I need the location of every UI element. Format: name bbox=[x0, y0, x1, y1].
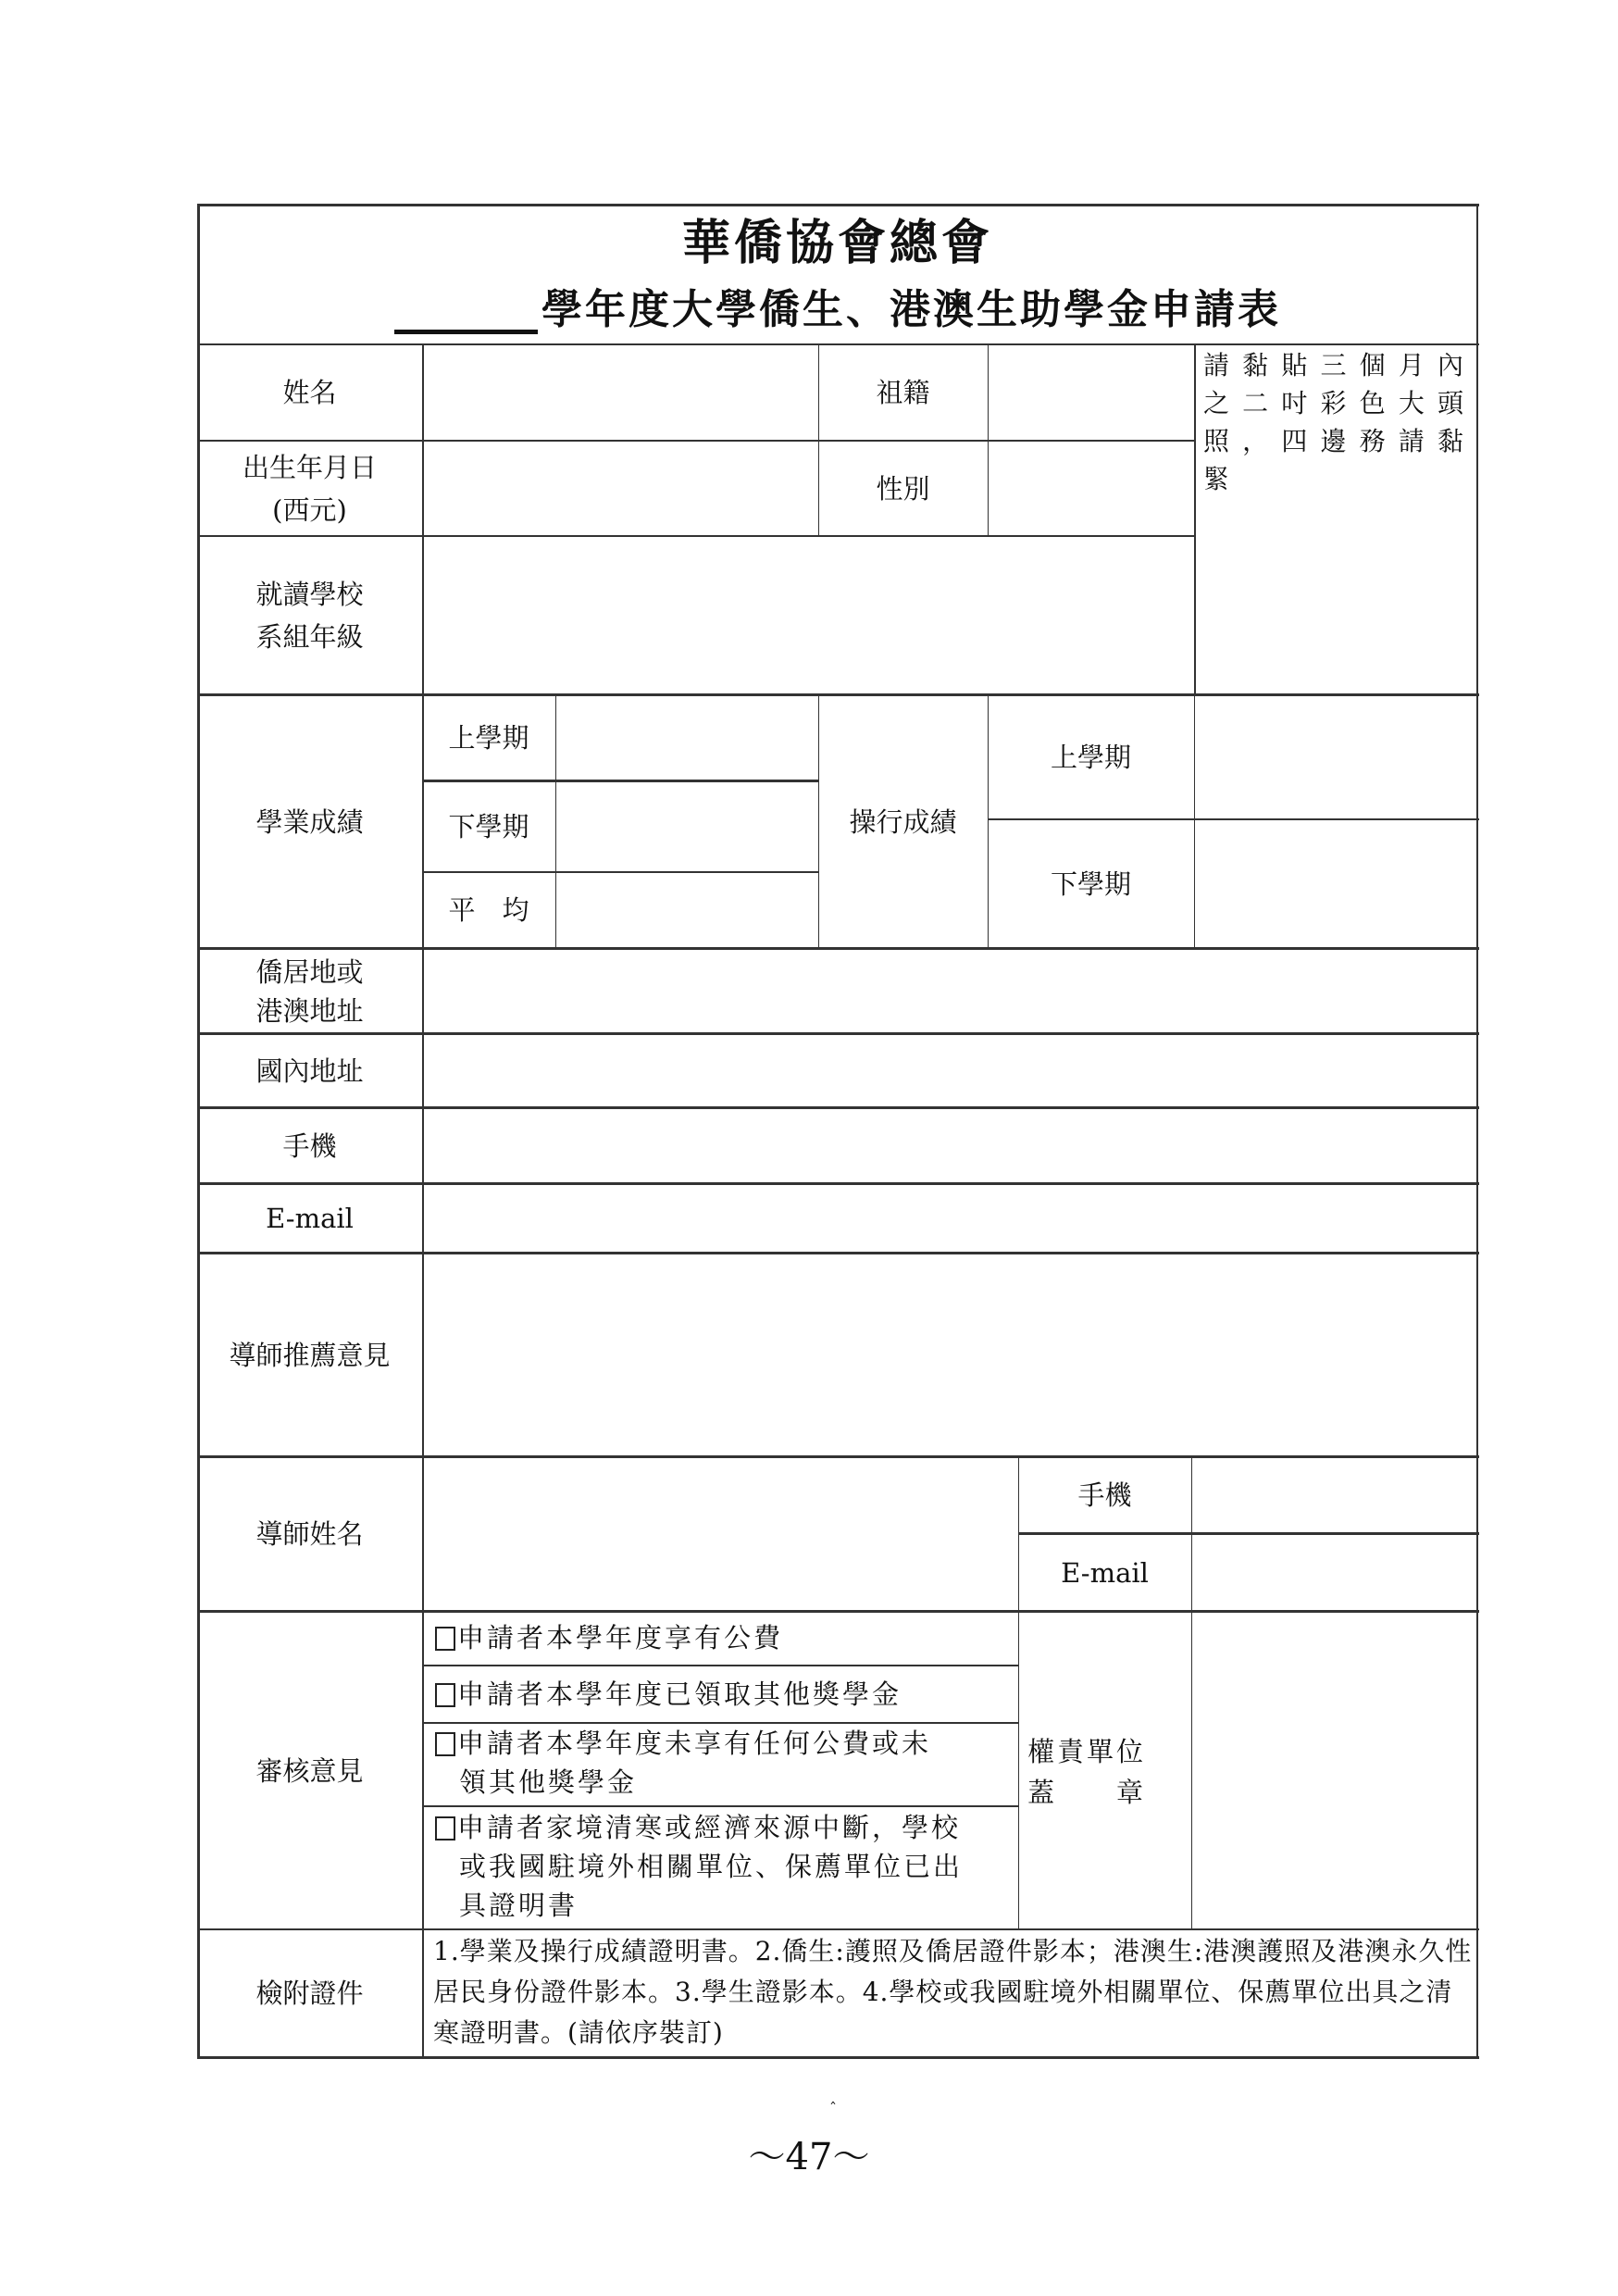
tutor-recommendation-field[interactable] bbox=[424, 1254, 1476, 1455]
review-option-text-cont2: 具證明書 bbox=[435, 1886, 1014, 1925]
gender-label: 性別 bbox=[818, 442, 988, 535]
tutor-recommendation-label: 導師推薦意見 bbox=[197, 1254, 422, 1455]
overseas-address-label-line2: 港澳地址 bbox=[255, 992, 363, 1030]
overseas-address-label: 僑居地或 港澳地址 bbox=[197, 950, 422, 1032]
conduct-first-semester-field[interactable] bbox=[1195, 696, 1476, 818]
review-option-text: 申請者家境清寒或經濟來源中斷，學校 bbox=[457, 1812, 961, 1843]
birth-label-line2: (西元) bbox=[272, 489, 347, 531]
tutor-email-label: E-mail bbox=[1018, 1535, 1191, 1610]
tutor-name-field[interactable] bbox=[424, 1458, 1018, 1610]
conduct-second-semester-field[interactable] bbox=[1195, 820, 1476, 947]
school-label-line2: 系組年級 bbox=[255, 616, 363, 658]
academic-average-label: 平 均 bbox=[422, 873, 555, 947]
domestic-address-label: 國內地址 bbox=[197, 1035, 422, 1106]
academic-grades-label: 學業成績 bbox=[197, 696, 422, 947]
school-label-line1: 就讀學校 bbox=[255, 573, 363, 616]
academic-second-semester-field[interactable] bbox=[556, 782, 818, 871]
form-subtitle-text: 學年度大學僑生、港澳生助學金申請表 bbox=[541, 286, 1281, 333]
conduct-first-semester-label: 上學期 bbox=[988, 696, 1194, 818]
review-option-public-funding[interactable]: 申請者本學年度享有公費 bbox=[435, 1618, 1014, 1657]
name-label: 姓名 bbox=[197, 344, 422, 440]
conduct-second-semester-label: 下學期 bbox=[988, 820, 1194, 947]
stamp-label-line1: 權責單位 bbox=[1027, 1731, 1185, 1772]
review-option-text-cont: 或我國駐境外相關單位、保薦單位已出 bbox=[435, 1847, 1014, 1886]
year-blank-field[interactable] bbox=[394, 330, 538, 334]
ancestral-label: 祖籍 bbox=[818, 344, 988, 440]
stamp-label-line2: 蓋 章 bbox=[1027, 1772, 1185, 1813]
academic-first-semester-field[interactable] bbox=[556, 696, 818, 780]
checkbox-other-scholarship[interactable] bbox=[435, 1683, 455, 1707]
email-field[interactable] bbox=[424, 1185, 1476, 1252]
name-field[interactable] bbox=[424, 346, 818, 440]
attachments-text: 1.學業及操行成績證明書。2.僑生:護照及僑居證件影本；港澳生:港澳護照及港澳永… bbox=[433, 1931, 1475, 2053]
checkbox-no-funding[interactable] bbox=[435, 1732, 455, 1756]
review-label: 審核意見 bbox=[197, 1613, 422, 1928]
birth-label-line1: 出生年月日 bbox=[243, 446, 377, 489]
stamp-label: 權責單位 蓋 章 bbox=[1027, 1731, 1185, 1813]
school-field[interactable] bbox=[424, 537, 1194, 693]
academic-first-semester-label: 上學期 bbox=[422, 696, 555, 780]
form-title: 華僑協會總會 bbox=[197, 211, 1478, 276]
birth-label: 出生年月日 (西元) bbox=[197, 442, 422, 535]
page-number: ～47～ bbox=[0, 2129, 1618, 2185]
review-option-no-funding[interactable]: 申請者本學年度未享有任何公費或未 領其他獎學金 bbox=[435, 1724, 1014, 1802]
email-label: E-mail bbox=[197, 1185, 422, 1252]
border-top bbox=[197, 204, 1479, 206]
border-right bbox=[1476, 204, 1478, 2059]
school-label: 就讀學校 系組年級 bbox=[197, 537, 422, 694]
gender-field[interactable] bbox=[989, 442, 1194, 535]
review-option-other-scholarship[interactable]: 申請者本學年度已領取其他獎學金 bbox=[435, 1675, 1014, 1714]
tutor-email-field[interactable] bbox=[1192, 1535, 1476, 1610]
tutor-mobile-label: 手機 bbox=[1018, 1458, 1191, 1532]
review-option-text: 申請者本學年度未享有任何公費或未 bbox=[457, 1728, 931, 1759]
form-subtitle: 學年度大學僑生、港澳生助學金申請表 bbox=[197, 281, 1478, 340]
checkbox-public-funding[interactable] bbox=[435, 1627, 455, 1651]
mobile-field[interactable] bbox=[424, 1109, 1476, 1182]
review-option-text-cont: 領其他獎學金 bbox=[435, 1763, 1014, 1802]
tutor-mobile-field[interactable] bbox=[1192, 1458, 1476, 1532]
overseas-address-field[interactable] bbox=[424, 950, 1476, 1032]
review-option-text: 申請者本學年度享有公費 bbox=[457, 1622, 783, 1653]
mobile-label: 手機 bbox=[197, 1109, 422, 1182]
review-option-financial-hardship[interactable]: 申請者家境清寒或經濟來源中斷，學校 或我國駐境外相關單位、保薦單位已出 具證明書 bbox=[435, 1808, 1014, 1925]
attachments-label: 檢附證件 bbox=[197, 1930, 422, 2056]
stamp-area[interactable] bbox=[1192, 1613, 1476, 1928]
checkbox-financial-hardship[interactable] bbox=[435, 1816, 455, 1841]
stray-mark: ˆ bbox=[829, 2100, 837, 2117]
rule-chk1 bbox=[422, 1665, 1018, 1666]
tutor-name-label: 導師姓名 bbox=[197, 1458, 422, 1610]
birth-field[interactable] bbox=[424, 442, 818, 535]
conduct-grades-label: 操行成績 bbox=[818, 696, 988, 947]
photo-area[interactable] bbox=[1196, 346, 1476, 693]
overseas-address-label-line1: 僑居地或 bbox=[255, 953, 363, 992]
ancestral-field[interactable] bbox=[989, 346, 1194, 440]
border-bottom bbox=[197, 2056, 1479, 2059]
review-option-text: 申請者本學年度已領取其他獎學金 bbox=[457, 1678, 902, 1710]
academic-average-field[interactable] bbox=[556, 873, 818, 947]
rule-chk3 bbox=[422, 1805, 1018, 1807]
academic-second-semester-label: 下學期 bbox=[422, 782, 555, 871]
domestic-address-field[interactable] bbox=[424, 1035, 1476, 1106]
